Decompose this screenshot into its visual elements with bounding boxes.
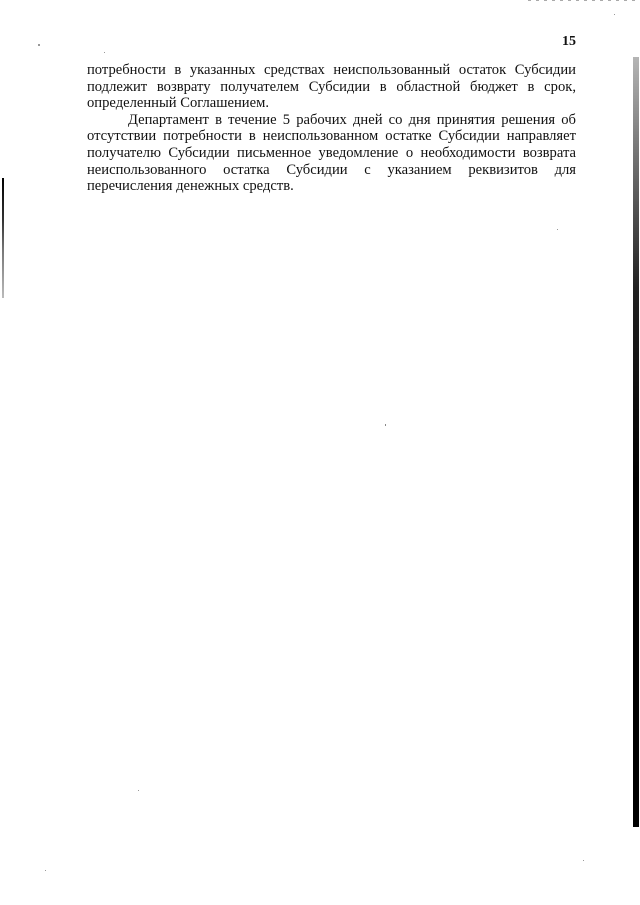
paragraph-department-notice: Департамент в течение 5 рабочих дней со … [87, 112, 576, 195]
scanned-document-page: 15 потребности в указанных средствах неи… [0, 0, 640, 905]
page-number: 15 [552, 34, 576, 50]
document-body: потребности в указанных средствах неиспо… [87, 62, 576, 195]
scan-top-edge-artifact [528, 0, 640, 1]
scan-speck [557, 229, 558, 230]
scan-speck [583, 860, 584, 861]
scan-speck [104, 52, 105, 53]
scan-right-edge-artifact [633, 57, 639, 827]
scan-speck [45, 870, 46, 871]
scan-left-edge-artifact [2, 178, 4, 298]
paragraph-subsidy-return: потребности в указанных средствах неиспо… [87, 62, 576, 112]
scan-speck [385, 424, 386, 426]
scan-speck [614, 14, 615, 15]
scan-speck [138, 790, 139, 791]
scan-speck [38, 44, 40, 46]
